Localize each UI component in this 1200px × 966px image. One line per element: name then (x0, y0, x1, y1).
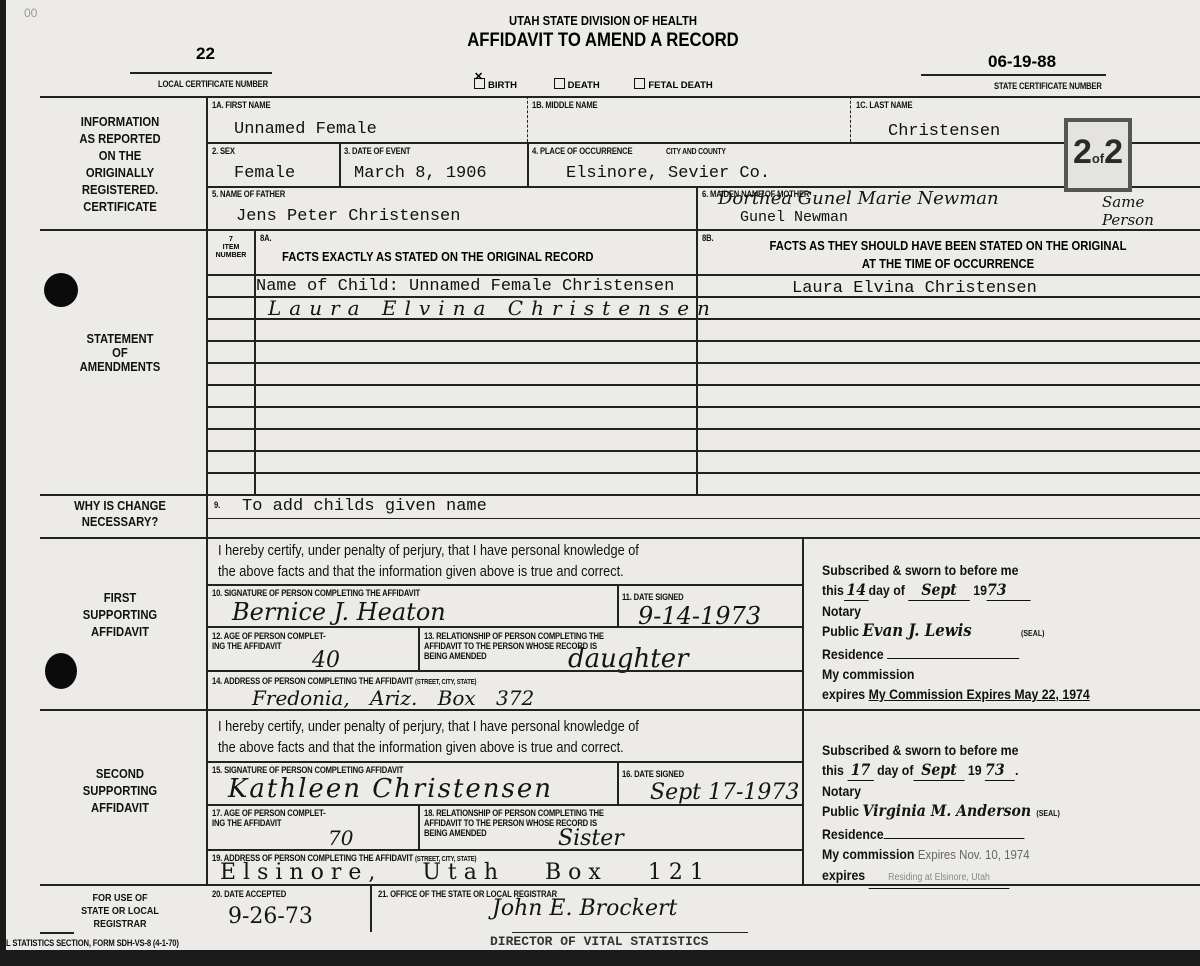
record-type-birth[interactable]: BIRTH (474, 80, 517, 91)
grid-line (40, 96, 1200, 98)
section-original-certificate-label: INFORMATION AS REPORTED ON THE ORIGINALL… (48, 114, 192, 216)
grid-line (850, 96, 852, 142)
amendment-corrected-value: Laura Elvina Christensen (792, 279, 1037, 298)
section-first-affidavit-label: FIRST SUPPORTING AFFIDAVIT (48, 590, 192, 641)
grid-line (206, 670, 802, 672)
last-name-label: 1C. LAST NAME (856, 100, 912, 110)
record-type-options: BIRTH DEATH FETAL DEATH (474, 78, 713, 91)
state-cert-underline (921, 74, 1106, 76)
notary-day: 17 (847, 760, 873, 781)
affidavit-document: UTAH STATE DIVISION OF HEALTH AFFIDAVIT … (6, 0, 1200, 950)
grid-line (206, 428, 1200, 430)
date-accepted-label: 20. DATE ACCEPTED (212, 889, 286, 899)
date-signed-label: 11. DATE SIGNED (622, 592, 684, 602)
state-certificate-label: STATE CERTIFICATE NUMBER (994, 81, 1102, 91)
notary-month: Sept (913, 760, 964, 781)
sex-label: 2. SEX (212, 146, 235, 156)
grid-line (206, 849, 802, 851)
column-8b-number: 8B. (702, 233, 713, 243)
date-signed-label: 16. DATE SIGNED (622, 769, 684, 779)
grid-line (206, 340, 1200, 342)
grid-line (617, 584, 619, 626)
form-title: AFFIDAVIT TO AMEND A RECORD (78, 30, 1129, 52)
section-reason-label: WHY IS CHANGE NECESSARY? (48, 498, 192, 530)
place-of-occurrence-label: 4. PLACE OF OCCURRENCE (532, 146, 632, 156)
second-affidavit-date: Sept 17-1973 (650, 780, 799, 805)
section-divider (206, 96, 208, 884)
first-affidavit-signature: Bernice J. Heaton (232, 598, 446, 626)
grid-line (418, 626, 420, 670)
grid-line (40, 494, 1200, 496)
residence-stamp: Residing at Elsinore, Utah (869, 868, 1010, 889)
mother-maiden-name-value: Gunel Newman (740, 209, 848, 226)
grid-line (206, 362, 1200, 364)
commission-expiry-stamp: Expires Nov. 10, 1974 (918, 847, 1030, 862)
sex-value: Female (234, 164, 295, 183)
address-label: 14. ADDRESS OF PERSON COMPLETING THE AFF… (212, 676, 476, 686)
column-8b-header: FACTS AS THEY SHOULD HAVE BEEN STATED ON… (721, 237, 1175, 273)
grid-line (206, 186, 1200, 188)
grid-line (206, 450, 1200, 452)
checkbox-checked-icon[interactable] (474, 78, 485, 89)
grid-line (696, 186, 698, 229)
date-of-event-value: March 8, 1906 (354, 164, 487, 183)
local-certificate-label: LOCAL CERTIFICATE NUMBER (158, 79, 268, 89)
amendment-original-value: Name of Child: Unnamed Female Christense… (256, 277, 674, 296)
local-certificate-number: 22 (196, 44, 215, 64)
signature-label: 10. SIGNATURE OF PERSON COMPLETING THE A… (212, 588, 420, 598)
grid-line (206, 142, 1200, 144)
grid-line (418, 804, 420, 849)
registrar-signature: John E. Brockert (492, 896, 677, 921)
notary-signature: Virginia M. Anderson (862, 801, 1031, 820)
section-amendments-label: STATEMENT OF AMENDMENTS (48, 332, 192, 374)
column-8a-header: FACTS EXACTLY AS STATED ON THE ORIGINAL … (282, 250, 593, 264)
age-label: 17. AGE OF PERSON COMPLET- ING THE AFFID… (212, 808, 325, 828)
second-affidavit-age: 70 (328, 826, 353, 850)
section-second-affidavit-label: SECOND SUPPORTING AFFIDAVIT (48, 766, 192, 817)
place-sublabel: CITY AND COUNTY (666, 147, 726, 156)
grid-line (802, 709, 804, 884)
grid-line (206, 518, 1200, 519)
grid-line (339, 142, 341, 186)
second-affidavit-signature: Kathleen Christensen (228, 774, 553, 804)
mother-margin-note: Same Person (1102, 193, 1172, 229)
second-notary-block: Subscribed & sworn to before me this 17 … (822, 740, 1060, 889)
first-name-label: 1A. FIRST NAME (212, 100, 270, 110)
registrar-title-stamp: DIRECTOR OF VITAL STATISTICS (490, 934, 708, 949)
grid-line (206, 584, 802, 586)
mother-handwritten-correction: Dorthea Gunel Marie Newman (718, 188, 999, 209)
father-name-label: 5. NAME OF FATHER (212, 189, 285, 199)
record-type-fetal-death[interactable]: FETAL DEATH (634, 80, 712, 91)
item-number-header: 7 ITEM NUMBER (210, 236, 252, 260)
grid-line (40, 932, 74, 934)
first-name-value: Unnamed Female (234, 120, 377, 139)
punch-hole (44, 273, 78, 307)
grid-line (206, 626, 802, 628)
local-cert-underline (130, 72, 272, 74)
grid-line (40, 537, 1200, 539)
first-affidavit-address: Fredonia, Ariz. Box 372 (252, 686, 534, 710)
grid-line (206, 804, 802, 806)
middle-name-label: 1B. MIDDLE NAME (532, 100, 597, 110)
state-certificate-number: 06-19-88 (988, 52, 1056, 72)
grid-line (617, 761, 619, 804)
grid-line (206, 406, 1200, 408)
grid-line (40, 229, 1200, 231)
second-affidavit-relationship: Sister (558, 826, 624, 851)
agency-name: UTAH STATE DIVISION OF HEALTH (66, 14, 1141, 28)
last-name-value: Christensen (888, 122, 1000, 141)
notary-year: 73 (987, 580, 1031, 601)
section-registrar-label: FOR USE OF STATE OR LOCAL REGISTRAR (48, 892, 192, 931)
grid-line (206, 384, 1200, 386)
column-8a-number: 8A. (260, 233, 271, 243)
checkbox-icon[interactable] (634, 78, 645, 89)
notary-signature: Evan J. Lewis (862, 621, 971, 641)
grid-line (802, 537, 804, 709)
first-notary-block: Subscribed & sworn to before me this14da… (822, 560, 1090, 704)
punch-hole (45, 653, 77, 689)
commission-expiry-stamp: My Commission Expires May 22, 1974 (869, 686, 1090, 702)
form-id: L STATISTICS SECTION, FORM SDH-VS-8 (4-1… (6, 938, 179, 948)
second-affidavit-statement: I hereby certify, under penalty of perju… (218, 717, 639, 759)
checkbox-icon[interactable] (554, 78, 565, 89)
reason-number: 9. (214, 500, 220, 510)
amendment-handwritten-name: Laura Elvina Christensen (268, 296, 718, 320)
grid-line (40, 709, 1200, 711)
date-of-event-label: 3. DATE OF EVENT (344, 146, 410, 156)
reason-value: To add childs given name (242, 497, 487, 516)
grid-line (206, 472, 1200, 474)
grid-line (512, 932, 748, 933)
grid-line (206, 274, 1200, 276)
grid-line (527, 96, 529, 142)
date-accepted-value: 9-26-73 (228, 904, 313, 929)
second-affidavit-address: Elsinore, Utah Box 121 (220, 860, 711, 885)
page-stamp: 2of2 (1064, 118, 1132, 192)
margin-note: 00 (24, 6, 37, 20)
grid-line (206, 761, 802, 763)
notary-year: 73 (985, 760, 1015, 781)
grid-line (527, 142, 529, 186)
notary-day: 14 (844, 580, 869, 601)
father-name-value: Jens Peter Christensen (236, 207, 460, 226)
notary-month: Sept (908, 580, 970, 601)
grid-line (370, 884, 372, 932)
record-type-death[interactable]: DEATH (554, 80, 600, 91)
first-affidavit-statement: I hereby certify, under penalty of perju… (218, 541, 639, 583)
age-label: 12. AGE OF PERSON COMPLET- ING THE AFFID… (212, 631, 325, 651)
place-of-occurrence-value: Elsinore, Sevier Co. (566, 164, 770, 183)
